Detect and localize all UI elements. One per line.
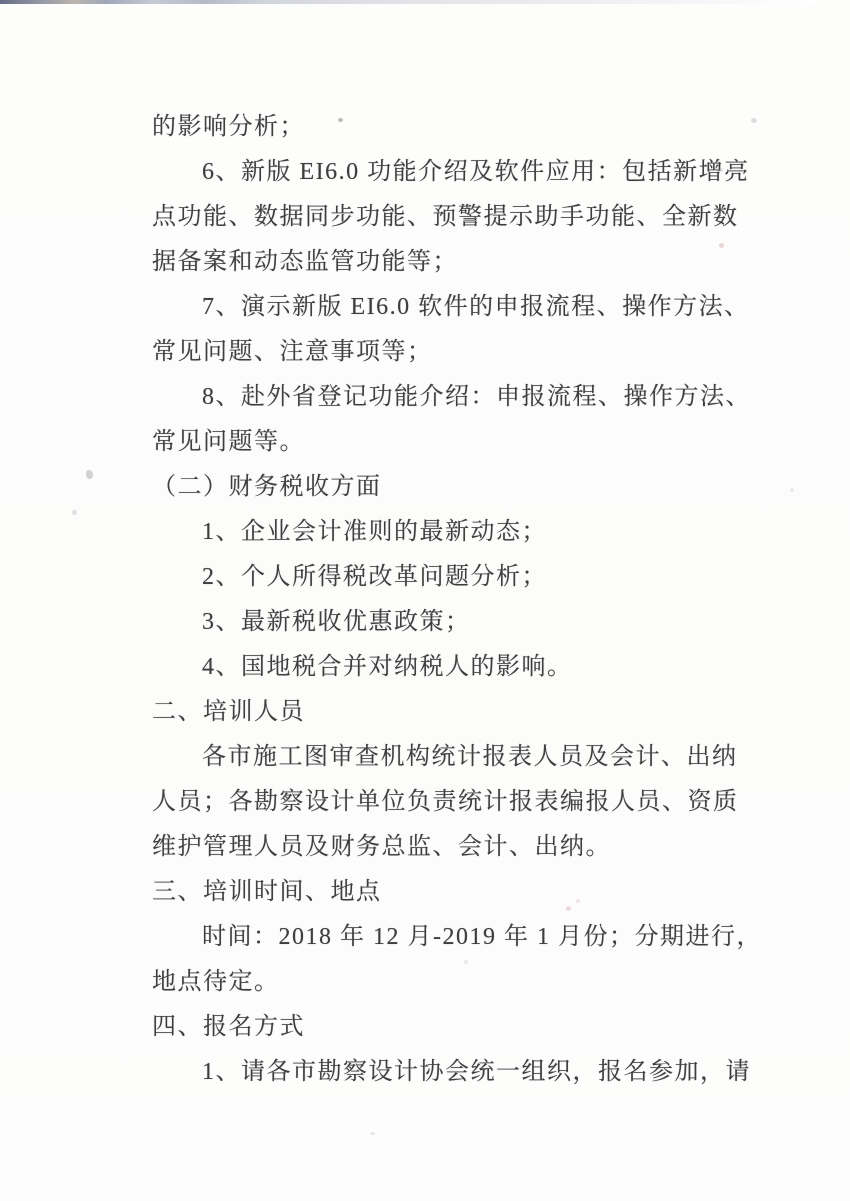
text-line: 四、报名方式	[152, 1005, 737, 1050]
text-line: 常见问题等。	[152, 420, 737, 465]
text-line: 7、演示新版 EI6.0 软件的申报流程、操作方法、	[152, 285, 737, 330]
document-lines: 的影响分析；6、新版 EI6.0 功能介绍及软件应用：包括新增亮点功能、数据同步…	[152, 105, 737, 1095]
text-line: 维护管理人员及财务总监、会计、出纳。	[152, 825, 737, 870]
text-line: 点功能、数据同步功能、预警提示助手功能、全新数	[152, 195, 737, 240]
scan-speck	[566, 906, 571, 911]
scan-speck	[790, 488, 794, 492]
scan-speck	[370, 1132, 375, 1135]
text-line: 人员；各勘察设计单位负责统计报表编报人员、资质	[152, 780, 737, 825]
text-line: 地点待定。	[152, 960, 737, 1005]
scan-speck	[716, 211, 721, 215]
scan-edge-artifact	[0, 0, 815, 4]
scan-speck	[751, 118, 757, 123]
text-line: 常见问题、注意事项等；	[152, 330, 737, 375]
text-line: 1、请各市勘察设计协会统一组织，报名参加，请	[152, 1050, 737, 1095]
text-line: 6、新版 EI6.0 功能介绍及软件应用：包括新增亮	[152, 150, 737, 195]
text-line: 8、赴外省登记功能介绍：申报流程、操作方法、	[152, 375, 737, 420]
scan-speck	[719, 168, 723, 172]
scan-speck	[719, 243, 724, 248]
text-line: 4、国地税合并对纳税人的影响。	[152, 645, 737, 690]
text-line: 时间：2018 年 12 月-2019 年 1 月份；分期进行，	[152, 915, 737, 960]
text-line: 各市施工图审查机构统计报表人员及会计、出纳	[152, 735, 737, 780]
text-line: 据备案和动态监管功能等；	[152, 240, 737, 285]
text-line: 的影响分析；	[152, 105, 737, 150]
scan-speck	[86, 470, 93, 479]
text-line: （二）财务税收方面	[152, 465, 737, 510]
scan-speck	[72, 510, 77, 515]
scanned-page: 的影响分析；6、新版 EI6.0 功能介绍及软件应用：包括新增亮点功能、数据同步…	[0, 0, 850, 1201]
scan-speck	[576, 899, 580, 903]
text-line: 3、最新税收优惠政策；	[152, 600, 737, 645]
scan-speck	[464, 960, 468, 964]
text-line: 三、培训时间、地点	[152, 870, 737, 915]
text-line: 二、培训人员	[152, 690, 737, 735]
text-line: 1、企业会计准则的最新动态；	[152, 510, 737, 555]
text-line: 2、个人所得税改革问题分析；	[152, 555, 737, 600]
scan-speck	[338, 118, 343, 122]
